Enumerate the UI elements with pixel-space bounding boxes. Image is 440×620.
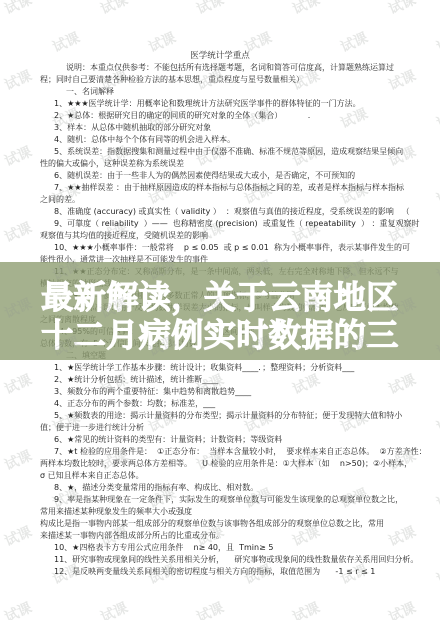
doc-line: 2、★总体：根据研究目的确定的同质的研究对象的全体（集合） . [40, 110, 440, 122]
watermark-text: 试课 [1, 0, 35, 19]
watermark-text: 试课 [193, 597, 227, 620]
doc-line: σ 已知且样本来自正态总体。 [40, 470, 440, 482]
doc-line: 构成比是指一事物内部某一组成部分的观察单位数与该事物各组成部分的观察单位总数之比… [40, 518, 440, 530]
doc-line: 来描述某一事物内部各组成部分所占的比重或分布。 [40, 530, 440, 542]
doc-line: 1、★★★医学统计学：用概率论和数理统计方法研究医学事件的群体特征的一门方法。 [40, 98, 440, 110]
doc-line: 1、★医学统计学工作基本步骤：统计设计；收集资料____．；整理资料；分析资料_… [40, 362, 440, 374]
doc-line: 2、★统计分析包括：统计描述，统计推断____ [40, 374, 440, 386]
watermark-text: 试课 [1, 597, 35, 620]
watermark-text: 试课 [97, 597, 131, 620]
watermark-text: 试课 [289, 0, 323, 19]
watermark-text: 试课 [289, 597, 323, 620]
doc-line: 程；同时自己要清楚各种检验方法的基本思想，重点程度与星号数量相关） [40, 74, 440, 86]
doc-line: 12、是反映两变量线关系间相关的密切程度与相关方向的指标，取值范围为 -1 ≤ … [40, 566, 440, 578]
doc-line: 常用来描述某种现象发生的频率大小或强度 [40, 506, 440, 518]
watermark-text: 试课 [1, 521, 35, 551]
doc-line: 7、★★抽样误差 ：由于抽样原因造成的样本指标与总体指标之间的差，或者是样本指标… [40, 182, 440, 194]
doc-line: 医学统计学重点 [40, 50, 400, 62]
doc-line: 3、样本：从总体中随机抽取的部分研究对象 [40, 122, 440, 134]
doc-line: 9、率是指某种现象在一定条件下，实际发生的观察单位数与可能发生该现象的总观察单位… [40, 494, 440, 506]
doc-line: 3、频数分布的两个重要特征：集中趋势和离散趋势____ [40, 386, 440, 398]
doc-line: 说明：本重点仅供参考：不能包括所有选择题考题，名词和简答可信度高，计算题熟练运算… [40, 62, 440, 74]
doc-line: 10、★★★小概率事件：一般常将 p ≤ 0.05 或 p ≤ 0.01 称为小… [40, 242, 440, 254]
watermark-text: 试课 [1, 65, 35, 95]
doc-line: 11、研究事物或现象间的线性关系用相关分析， 研究事物或现象间的线性数量依存关系… [40, 554, 440, 566]
doc-line: 7、★t 检验的应用条件是： ①正态分布： 当样本含量较小时， 要求样本来自正态… [40, 446, 440, 458]
doc-line: 5、系统误差：指数据搜集和测量过程中由于仪器不准确、标准不规范等原因，造成观察结… [40, 146, 440, 158]
doc-line: 8、★，描述分类变量常用的指标有率、构成比、相对数。 [40, 482, 440, 494]
doc-line: 6、★常见的统计资料的类型有：计量资料；计数资料；等级资料 [40, 434, 440, 446]
doc-line: 5、★频数表的用途：揭示计量资料的分布类型；揭示计量资料的分布特征；便于发现特大… [40, 410, 440, 422]
doc-line: 8、准确度 (accuracy) 或真实性（ validity ） ：观察值与真… [40, 206, 440, 218]
doc-line: 两样本均数比较时，要求两总体方差相等。 U 检验的应用条件是：①大样本（如 n>… [40, 458, 440, 470]
doc-line: 6、随机误差：由于一些非人为的偶然因素使得结果或大或小，是否确定，不可预知的 [40, 170, 440, 182]
watermark-text: 试课 [193, 0, 227, 19]
watermark-text: 试课 [1, 369, 35, 399]
watermark-text: 试课 [97, 0, 131, 19]
doc-line: 4、随机：总体中每个个体有同等的机会进入样本。 [40, 134, 440, 146]
watermark-text: 试课 [1, 217, 35, 247]
watermark-text: 试课 [385, 0, 419, 19]
scanned-document-page: 医学统计学重点说明：本重点仅供参考：不能包括所有选择题考题，名词和简答可信度高，… [0, 0, 440, 620]
doc-line: 性的偏大或偏小，这种误差称为系统误差 [40, 158, 440, 170]
watermark-text: 试课 [385, 597, 419, 620]
banner-title-line1: 最新解读，关于云南地区 [41, 278, 399, 316]
doc-line: 之间的差。 [40, 194, 440, 206]
watermark-text: 试课 [1, 141, 35, 171]
doc-line: 值；便于进一步进行统计分析 [40, 422, 440, 434]
doc-line: 4、正态分布的两个参数：均数；标准差，___ [40, 398, 440, 410]
doc-line: 一、名词解释 [40, 86, 440, 98]
doc-line: 观察值与其均值的接近程度，受随机误差的影响 [40, 230, 440, 242]
banner-title-line2: 十二月病例实时数据的三 [41, 316, 399, 354]
doc-line: 9、可靠度（ reliability ）—— 也称精密度 (precision)… [40, 218, 440, 230]
watermark-text: 试课 [1, 445, 35, 475]
promo-overlay-banner: 最新解读，关于云南地区 十二月病例实时数据的三 [0, 262, 440, 360]
doc-line: 10、★四格表卡方专用公式应用条件 n≥ 40，且 Tmin≥ 5 [40, 542, 440, 554]
